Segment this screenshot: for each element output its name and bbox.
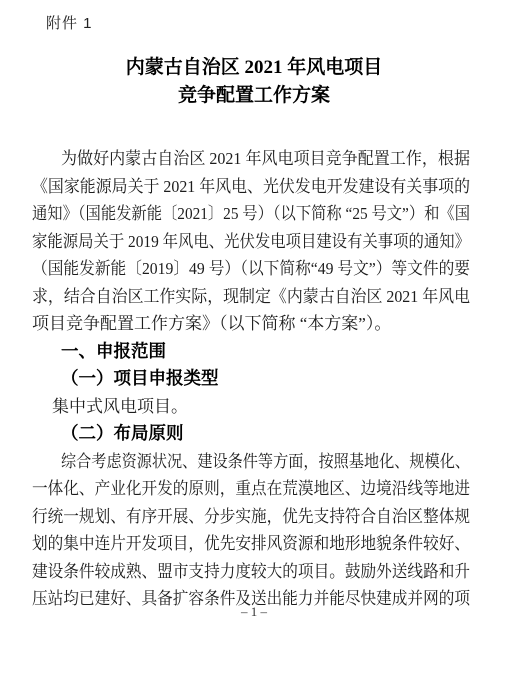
- attachment-label: 附件 1: [46, 12, 93, 33]
- document-page: 附件 1 内蒙古自治区 2021 年风电项目 竞争配置工作方案 为做好内蒙古自治…: [0, 0, 508, 673]
- text-line: 综合考虑资源状况、建设条件等方面，按照基地化、规模化、: [32, 448, 470, 476]
- heading-line: （二）布局原则: [32, 420, 470, 448]
- document-body: 为做好内蒙古自治区 2021 年风电项目竞争配置工作，根据《国家能源局关于 20…: [32, 145, 470, 613]
- text-line: 为做好内蒙古自治区 2021 年风电项目竞争配置工作，根据: [32, 145, 470, 173]
- text-line: 行统一规划、有序开展、分步实施，优先支持符合自治区整体规: [32, 503, 470, 531]
- text-line: 通知》（国能发新能〔2021〕25 号）（以下简称 “25 号文”）和《国: [32, 200, 470, 228]
- heading-line: 一、申报范围: [32, 338, 470, 366]
- text-line: 《国家能源局关于 2021 年风电、光伏发电开发建设有关事项的: [32, 173, 470, 201]
- document-title: 内蒙古自治区 2021 年风电项目 竞争配置工作方案: [0, 54, 508, 110]
- text-line: 项目竞争配置工作方案》（以下简称 “本方案”）。: [32, 310, 470, 338]
- heading-line: （一）项目申报类型: [32, 365, 470, 393]
- page-number: – 1 –: [0, 605, 508, 619]
- text-line: 家能源局关于 2019 年风电、光伏发电项目建设有关事项的通知》: [32, 228, 470, 256]
- text-line: 一体化、产业化开发的原则，重点在荒漠地区、边境沿线等地进: [32, 475, 470, 503]
- text-line: 求，结合自治区工作实际，现制定《内蒙古自治区 2021 年风电: [32, 283, 470, 311]
- text-line: 划的集中连片开发项目，优先安排风资源和地形地貌条件较好、: [32, 530, 470, 558]
- text-line: 建设条件较成熟、盟市支持力度较大的项目。鼓励外送线路和升: [32, 558, 470, 586]
- text-line: （国能发新能〔2019〕49 号）（以下简称“49 号文”）等文件的要: [32, 255, 470, 283]
- text-line: 集中式风电项目。: [32, 393, 470, 421]
- document-title-line-1: 内蒙古自治区 2021 年风电项目: [0, 54, 508, 82]
- document-title-line-2: 竞争配置工作方案: [0, 82, 508, 110]
